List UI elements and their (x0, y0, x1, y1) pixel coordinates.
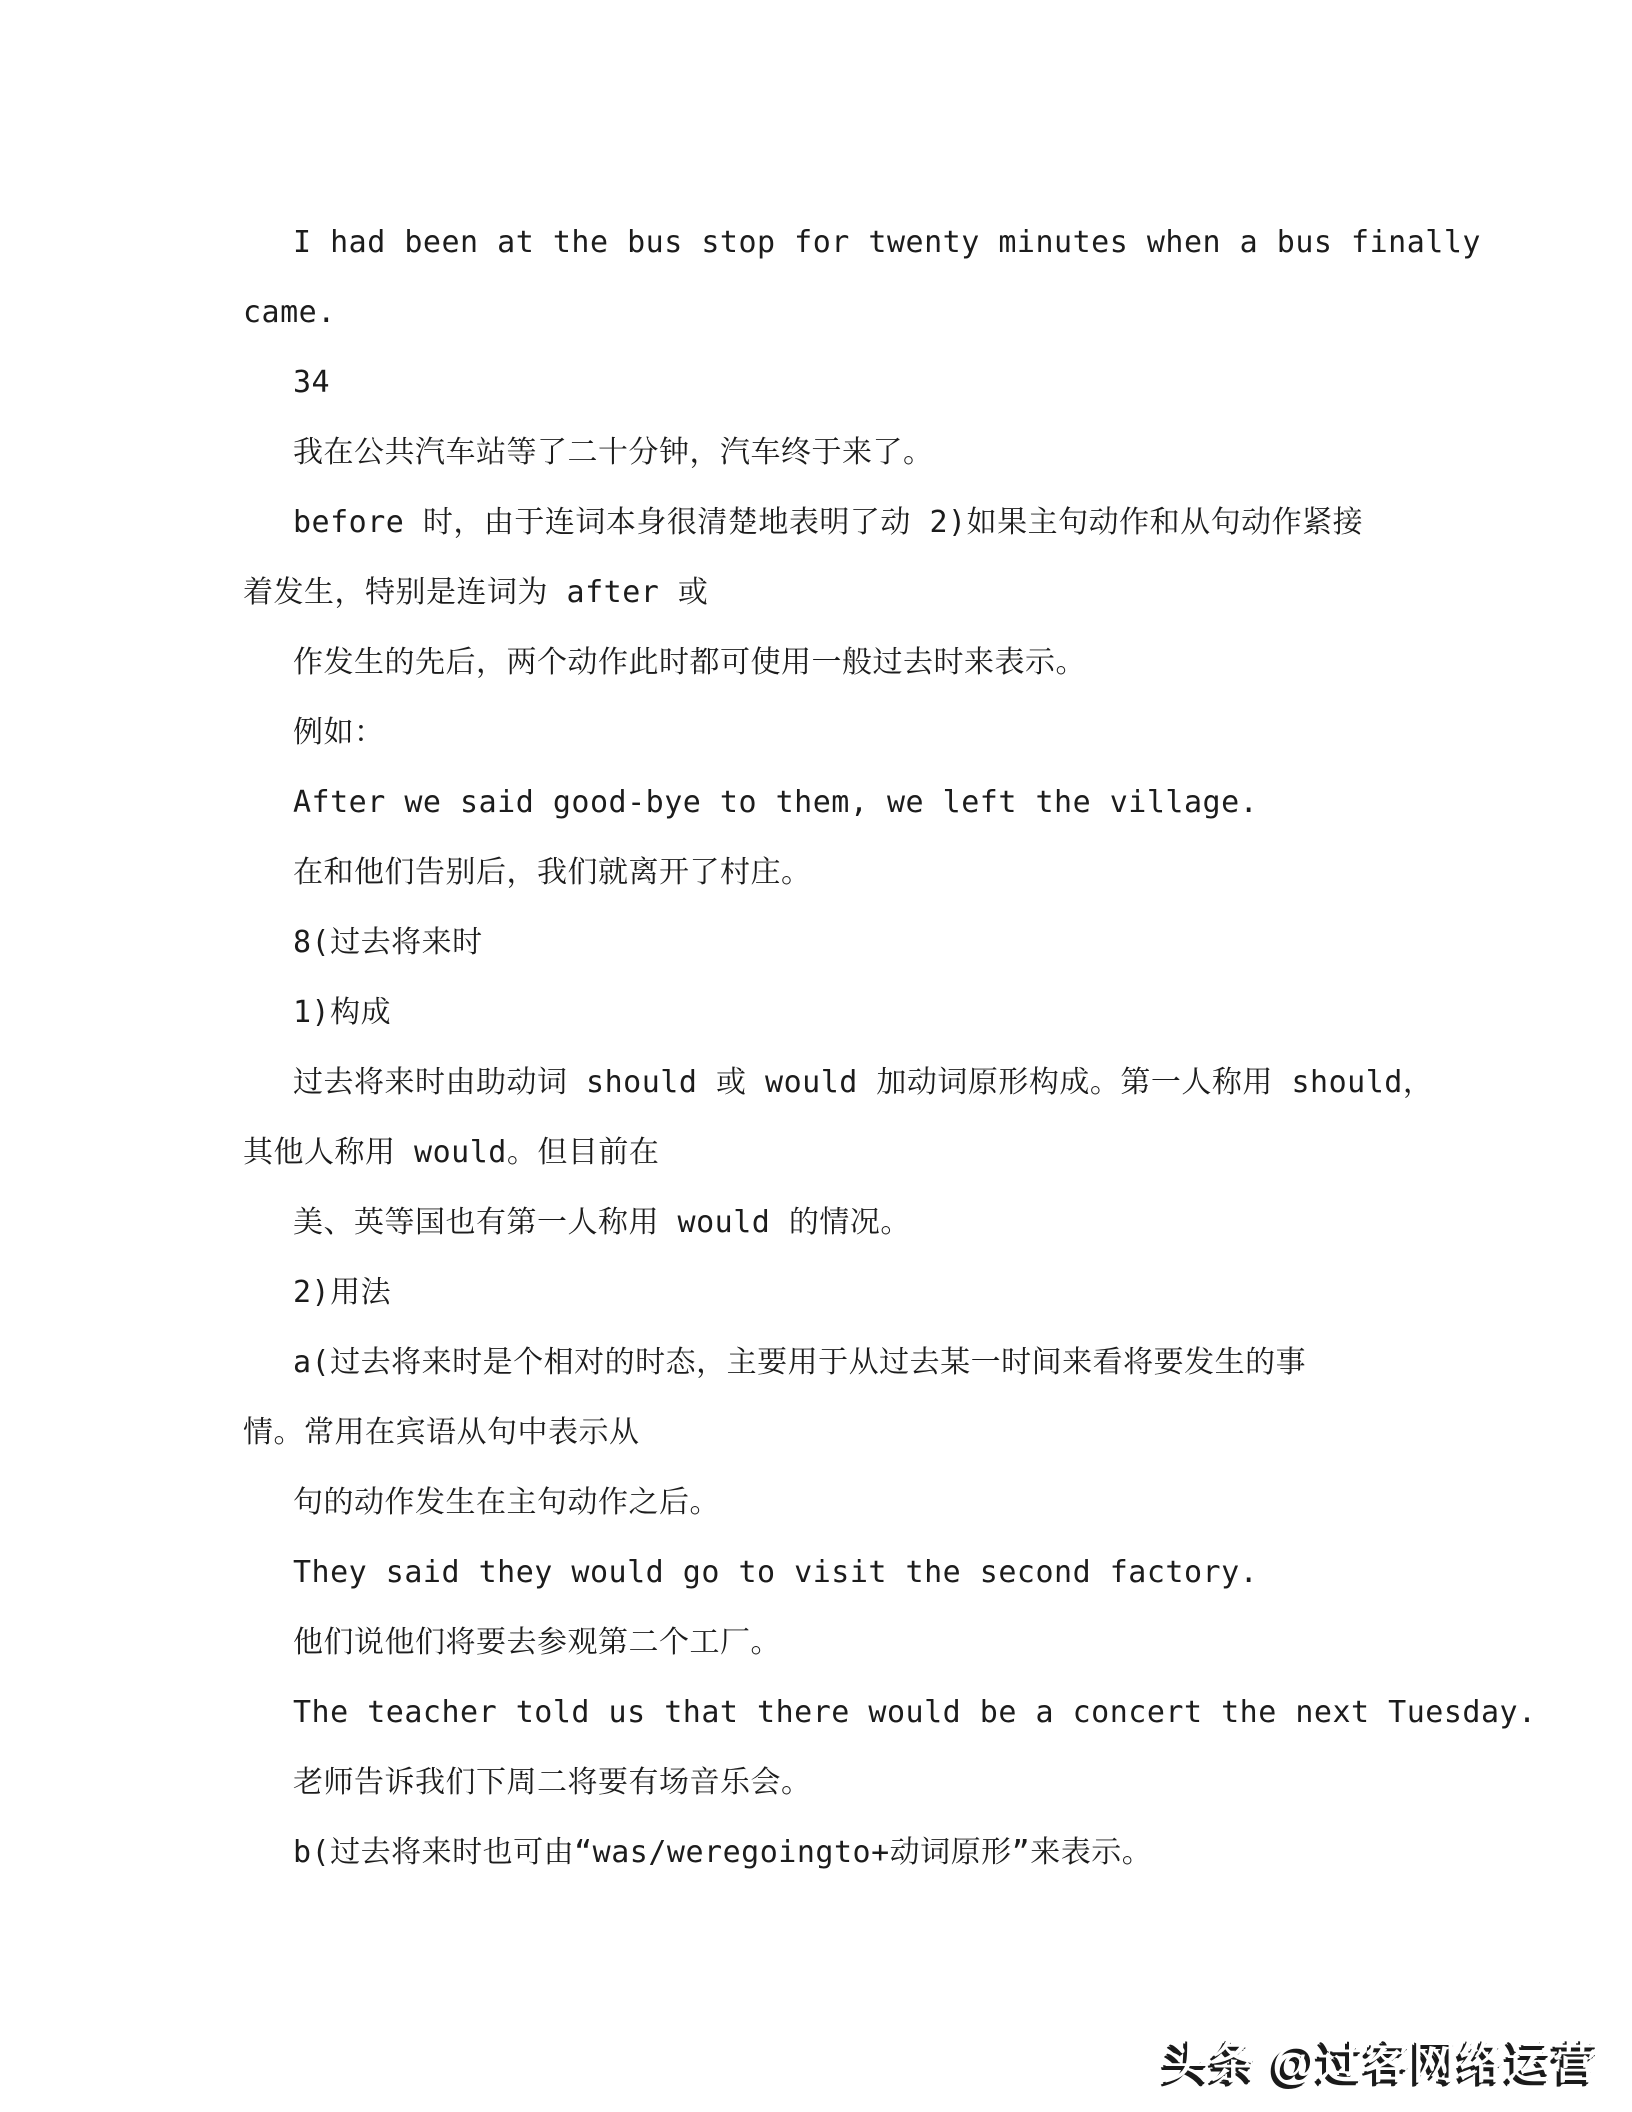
text-line: came. (243, 278, 1393, 348)
text-line: 着发生，特别是连词为 after 或 (243, 558, 1393, 628)
text-line: 美、英等国也有第一人称用 would 的情况。 (243, 1188, 1393, 1258)
text-line: 2)用法 (243, 1258, 1393, 1328)
text-line: 老师告诉我们下周二将要有场音乐会。 (243, 1748, 1393, 1818)
document-page: I had been at the bus stop for twenty mi… (0, 0, 1632, 2112)
text-line: before 时，由于连词本身很清楚地表明了动 2)如果主句动作和从句动作紧接 (243, 488, 1393, 558)
text-line: 句的动作发生在主句动作之后。 (243, 1468, 1393, 1538)
text-line: 过去将来时由助动词 should 或 would 加动词原形构成。第一人称用 s… (243, 1048, 1393, 1118)
text-line: 例如： (243, 698, 1393, 768)
text-line: The teacher told us that there would be … (243, 1678, 1393, 1748)
text-line: 1)构成 (243, 978, 1393, 1048)
text-line: 我在公共汽车站等了二十分钟，汽车终于来了。 (243, 418, 1393, 488)
text-line: After we said good-bye to them, we left … (243, 768, 1393, 838)
watermark-text: 头条 @过客网络运营 (1164, 2037, 1600, 2088)
text-line: 8(过去将来时 (243, 908, 1393, 978)
watermark: 头条 @过客网络运营 (1164, 2026, 1600, 2091)
document-text-block: I had been at the bus stop for twenty mi… (243, 208, 1393, 1888)
text-line: 其他人称用 would。但目前在 (243, 1118, 1393, 1188)
text-line: 情。常用在宾语从句中表示从 (243, 1398, 1393, 1468)
text-line: b(过去将来时也可由“was/weregoingto+动词原形”来表示。 (243, 1818, 1393, 1888)
text-line: 他们说他们将要去参观第二个工厂。 (243, 1608, 1393, 1678)
text-line: a(过去将来时是个相对的时态，主要用于从过去某一时间来看将要发生的事 (243, 1328, 1393, 1398)
text-line: 作发生的先后，两个动作此时都可使用一般过去时来表示。 (243, 628, 1393, 698)
text-line: 34 (243, 348, 1393, 418)
text-line: 在和他们告别后，我们就离开了村庄。 (243, 838, 1393, 908)
text-line: I had been at the bus stop for twenty mi… (243, 208, 1393, 278)
text-line: They said they would go to visit the sec… (243, 1538, 1393, 1608)
